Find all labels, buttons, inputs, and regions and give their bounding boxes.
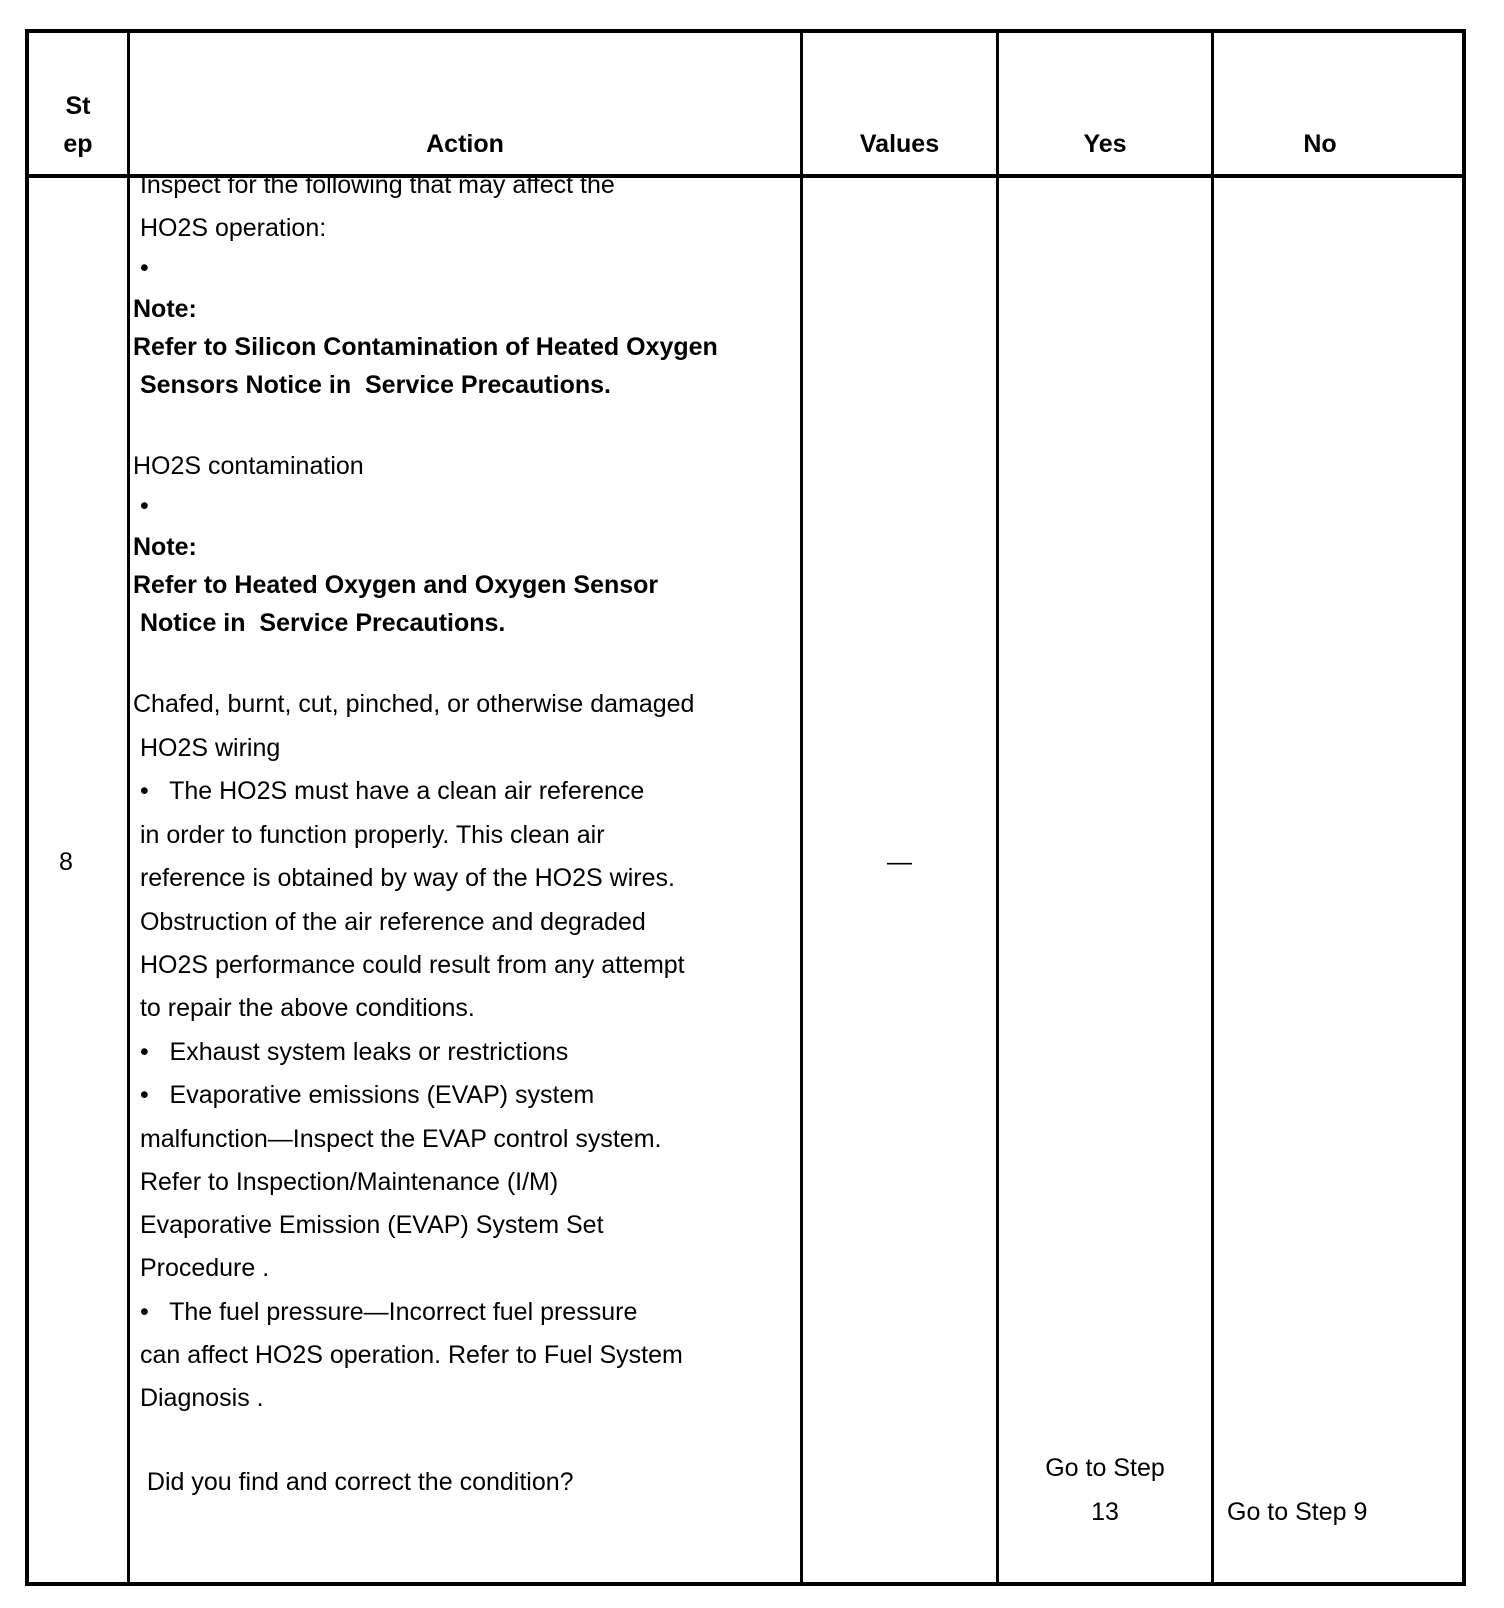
action-text-line: Diagnosis . bbox=[133, 1384, 264, 1413]
action-text-line: • The fuel pressure—Incorrect fuel press… bbox=[133, 1298, 637, 1327]
action-note-line: Refer to Silicon Contamination of Heated… bbox=[133, 333, 718, 362]
yes-cell-line1: Go to Step bbox=[999, 1446, 1211, 1490]
header-no: No bbox=[1214, 125, 1426, 163]
diagnostic-step-table: St ep Action Values Yes No 8 — Go to Ste… bbox=[25, 29, 1466, 1586]
action-text-line: Inspect for the following that may affec… bbox=[133, 171, 615, 200]
column-divider bbox=[1211, 33, 1214, 1582]
action-note-line: Refer to Heated Oxygen and Oxygen Sensor bbox=[133, 571, 658, 600]
column-divider bbox=[800, 33, 803, 1582]
action-note-line: Note: bbox=[133, 295, 197, 324]
action-text-line: HO2S wiring bbox=[133, 734, 280, 763]
action-text-line: Evaporative Emission (EVAP) System Set bbox=[133, 1211, 604, 1240]
action-note-line: Notice in Service Precautions. bbox=[133, 609, 505, 638]
header-action: Action bbox=[130, 125, 800, 163]
action-text-line: • Evaporative emissions (EVAP) system bbox=[133, 1081, 594, 1110]
action-text-line: HO2S contamination bbox=[133, 452, 364, 481]
header-step-line1: St bbox=[29, 87, 127, 125]
action-text-line: • The HO2S must have a clean air referen… bbox=[133, 777, 644, 806]
column-divider bbox=[127, 33, 130, 1582]
action-text-line: malfunction—Inspect the EVAP control sys… bbox=[133, 1125, 661, 1154]
action-note-line: Note: bbox=[133, 533, 197, 562]
action-text-line: Procedure . bbox=[133, 1254, 269, 1283]
header-step: St ep bbox=[29, 87, 127, 163]
action-text-line: HO2S performance could result from any a… bbox=[133, 951, 685, 980]
values-cell: — bbox=[803, 840, 996, 884]
action-text-line: to repair the above conditions. bbox=[133, 994, 475, 1023]
column-divider bbox=[996, 33, 999, 1582]
action-text-line: reference is obtained by way of the HO2S… bbox=[133, 864, 675, 893]
header-values: Values bbox=[803, 125, 996, 163]
action-text-line: • bbox=[133, 254, 149, 283]
action-text-line: • Exhaust system leaks or restrictions bbox=[133, 1038, 568, 1067]
no-cell: Go to Step 9 bbox=[1227, 1490, 1367, 1534]
action-text-line: Chafed, burnt, cut, pinched, or otherwis… bbox=[133, 690, 694, 719]
header-step-line2: ep bbox=[29, 125, 127, 163]
action-text-line: • bbox=[133, 492, 149, 521]
action-note-line: Sensors Notice in Service Precautions. bbox=[133, 371, 611, 400]
action-text-line: HO2S operation: bbox=[133, 214, 326, 243]
step-number: 8 bbox=[59, 840, 73, 884]
action-text-line: Obstruction of the air reference and deg… bbox=[133, 908, 646, 937]
action-text-line: Did you find and correct the condition? bbox=[133, 1468, 574, 1497]
action-text-line: in order to function properly. This clea… bbox=[133, 821, 605, 850]
header-yes: Yes bbox=[999, 125, 1211, 163]
action-text-line: Refer to Inspection/Maintenance (I/M) bbox=[133, 1168, 558, 1197]
yes-cell-line2: 13 bbox=[999, 1490, 1211, 1534]
action-text-line: can affect HO2S operation. Refer to Fuel… bbox=[133, 1341, 683, 1370]
